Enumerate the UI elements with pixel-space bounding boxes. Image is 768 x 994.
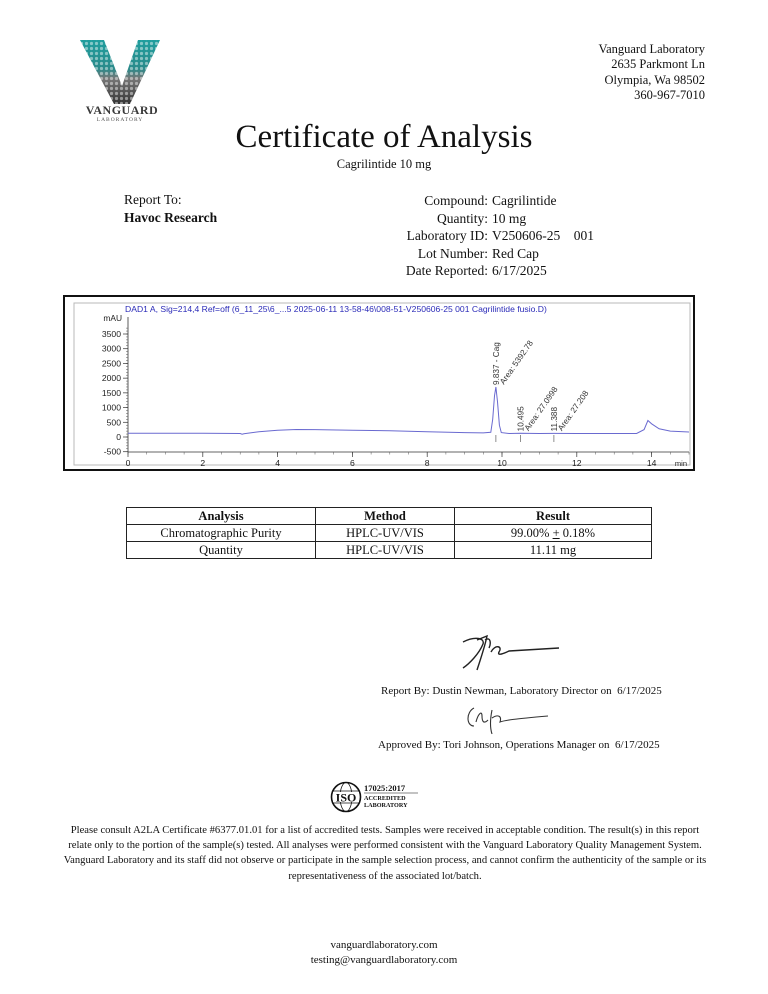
- svg-text:2: 2: [200, 458, 205, 468]
- svg-text:0: 0: [116, 432, 121, 442]
- plus-minus-sign: +: [553, 526, 560, 540]
- svg-text:8: 8: [425, 458, 430, 468]
- svg-text:10: 10: [497, 458, 507, 468]
- info-key: Lot Number:: [340, 245, 492, 263]
- lab-street: 2635 Parkmont Ln: [598, 57, 705, 72]
- vanguard-logo: VANGUARD LABORATORY: [74, 36, 170, 122]
- svg-text:17025:2017: 17025:2017: [364, 783, 406, 793]
- svg-text:2500: 2500: [102, 358, 121, 368]
- footer-email: testing@vanguardlaboratory.com: [0, 953, 768, 968]
- header-method: Method: [316, 508, 455, 525]
- info-value: 10 mg: [492, 210, 526, 228]
- svg-text:-500: -500: [104, 447, 121, 457]
- results-header-row: Analysis Method Result: [127, 508, 652, 525]
- svg-text:1000: 1000: [102, 403, 121, 413]
- svg-text:0: 0: [126, 458, 131, 468]
- svg-text:12: 12: [572, 458, 582, 468]
- results-table: Analysis Method Result Chromatographic P…: [126, 507, 652, 559]
- info-row-date-reported: Date Reported:6/17/2025: [340, 262, 594, 280]
- result-uncertainty: 0.18%: [560, 526, 595, 540]
- approved-by-date: 6/17/2025: [615, 739, 660, 751]
- svg-text:3500: 3500: [102, 329, 121, 339]
- cell-method: HPLC-UV/VIS: [316, 542, 455, 559]
- info-key: Compound:: [340, 192, 492, 210]
- cell-method: HPLC-UV/VIS: [316, 525, 455, 542]
- info-row-laboratory-id: Laboratory ID:V250606-25 001: [340, 227, 594, 245]
- svg-text:LABORATORY: LABORATORY: [364, 802, 408, 809]
- info-value: 6/17/2025: [492, 262, 547, 280]
- signature-tori-johnson-icon: [462, 702, 552, 736]
- svg-text:VANGUARD: VANGUARD: [86, 103, 158, 117]
- cell-result: 11.11 mg: [455, 542, 652, 559]
- report-to-label: Report To:: [124, 192, 182, 208]
- info-key: Quantity:: [340, 210, 492, 228]
- svg-text:3000: 3000: [102, 344, 121, 354]
- result-value: 11.11 mg: [530, 543, 576, 557]
- report-by-date: 6/17/2025: [617, 685, 662, 697]
- cell-result: 99.00% + 0.18%: [455, 525, 652, 542]
- footer-website: vanguardlaboratory.com: [0, 938, 768, 953]
- report-to-client: Havoc Research: [124, 210, 217, 226]
- header-analysis: Analysis: [127, 508, 316, 525]
- info-key: Date Reported:: [340, 262, 492, 280]
- svg-text:mAU: mAU: [103, 313, 122, 323]
- svg-text:14: 14: [647, 458, 657, 468]
- iso-accreditation-badge: ISO 17025:2017 ACCREDITED LABORATORY: [330, 781, 420, 813]
- approved-by-line: Approved By: Tori Johnson, Operations Ma…: [378, 739, 660, 751]
- page-title: Certificate of Analysis: [0, 117, 768, 157]
- lab-city: Olympia, Wa 98502: [598, 73, 705, 88]
- chromatogram-chart: DAD1 A, Sig=214,4 Ref=off (6_11_25\6_...…: [63, 295, 695, 471]
- svg-text:1500: 1500: [102, 388, 121, 398]
- svg-text:ACCREDITED: ACCREDITED: [364, 795, 406, 802]
- lab-phone: 360-967-7010: [598, 88, 705, 103]
- header-result: Result: [455, 508, 652, 525]
- result-value: 99.00%: [511, 526, 553, 540]
- svg-text:ISO: ISO: [336, 791, 357, 805]
- svg-text:4: 4: [275, 458, 280, 468]
- disclaimer-text: Please consult A2LA Certificate #6377.01…: [62, 823, 708, 884]
- lab-address: Vanguard Laboratory 2635 Parkmont Ln Oly…: [598, 42, 705, 103]
- report-by-text: Report By: Dustin Newman, Laboratory Dir…: [381, 685, 612, 697]
- vanguard-v-logo-icon: VANGUARD LABORATORY: [74, 36, 170, 122]
- info-key: Laboratory ID:: [340, 227, 492, 245]
- info-row-lot-number: Lot Number:Red Cap: [340, 245, 594, 263]
- sample-info: Compound:Cagrilintide Quantity:10 mg Lab…: [340, 192, 594, 280]
- info-row-quantity: Quantity:10 mg: [340, 210, 594, 228]
- svg-text:2000: 2000: [102, 373, 121, 383]
- info-value: V250606-25 001: [492, 227, 594, 245]
- signature-dustin-newman-icon: [455, 630, 565, 675]
- cell-analysis: Quantity: [127, 542, 316, 559]
- info-value: Red Cap: [492, 245, 539, 263]
- table-row: Chromatographic Purity HPLC-UV/VIS 99.00…: [127, 525, 652, 542]
- footer: vanguardlaboratory.com testing@vanguardl…: [0, 938, 768, 968]
- cell-analysis: Chromatographic Purity: [127, 525, 316, 542]
- info-value: Cagrilintide: [492, 192, 557, 210]
- report-by-line: Report By: Dustin Newman, Laboratory Dir…: [381, 685, 662, 697]
- info-row-compound: Compound:Cagrilintide: [340, 192, 594, 210]
- svg-text:6: 6: [350, 458, 355, 468]
- chromatogram-plot: DAD1 A, Sig=214,4 Ref=off (6_11_25\6_...…: [65, 297, 693, 469]
- chart-title: DAD1 A, Sig=214,4 Ref=off (6_11_25\6_...…: [125, 304, 547, 314]
- approved-by-text: Approved By: Tori Johnson, Operations Ma…: [378, 739, 610, 751]
- svg-text:min: min: [675, 459, 687, 468]
- svg-text:500: 500: [107, 417, 122, 427]
- page-subtitle: Cagrilintide 10 mg: [0, 157, 768, 172]
- table-row: Quantity HPLC-UV/VIS 11.11 mg: [127, 542, 652, 559]
- lab-name: Vanguard Laboratory: [598, 42, 705, 57]
